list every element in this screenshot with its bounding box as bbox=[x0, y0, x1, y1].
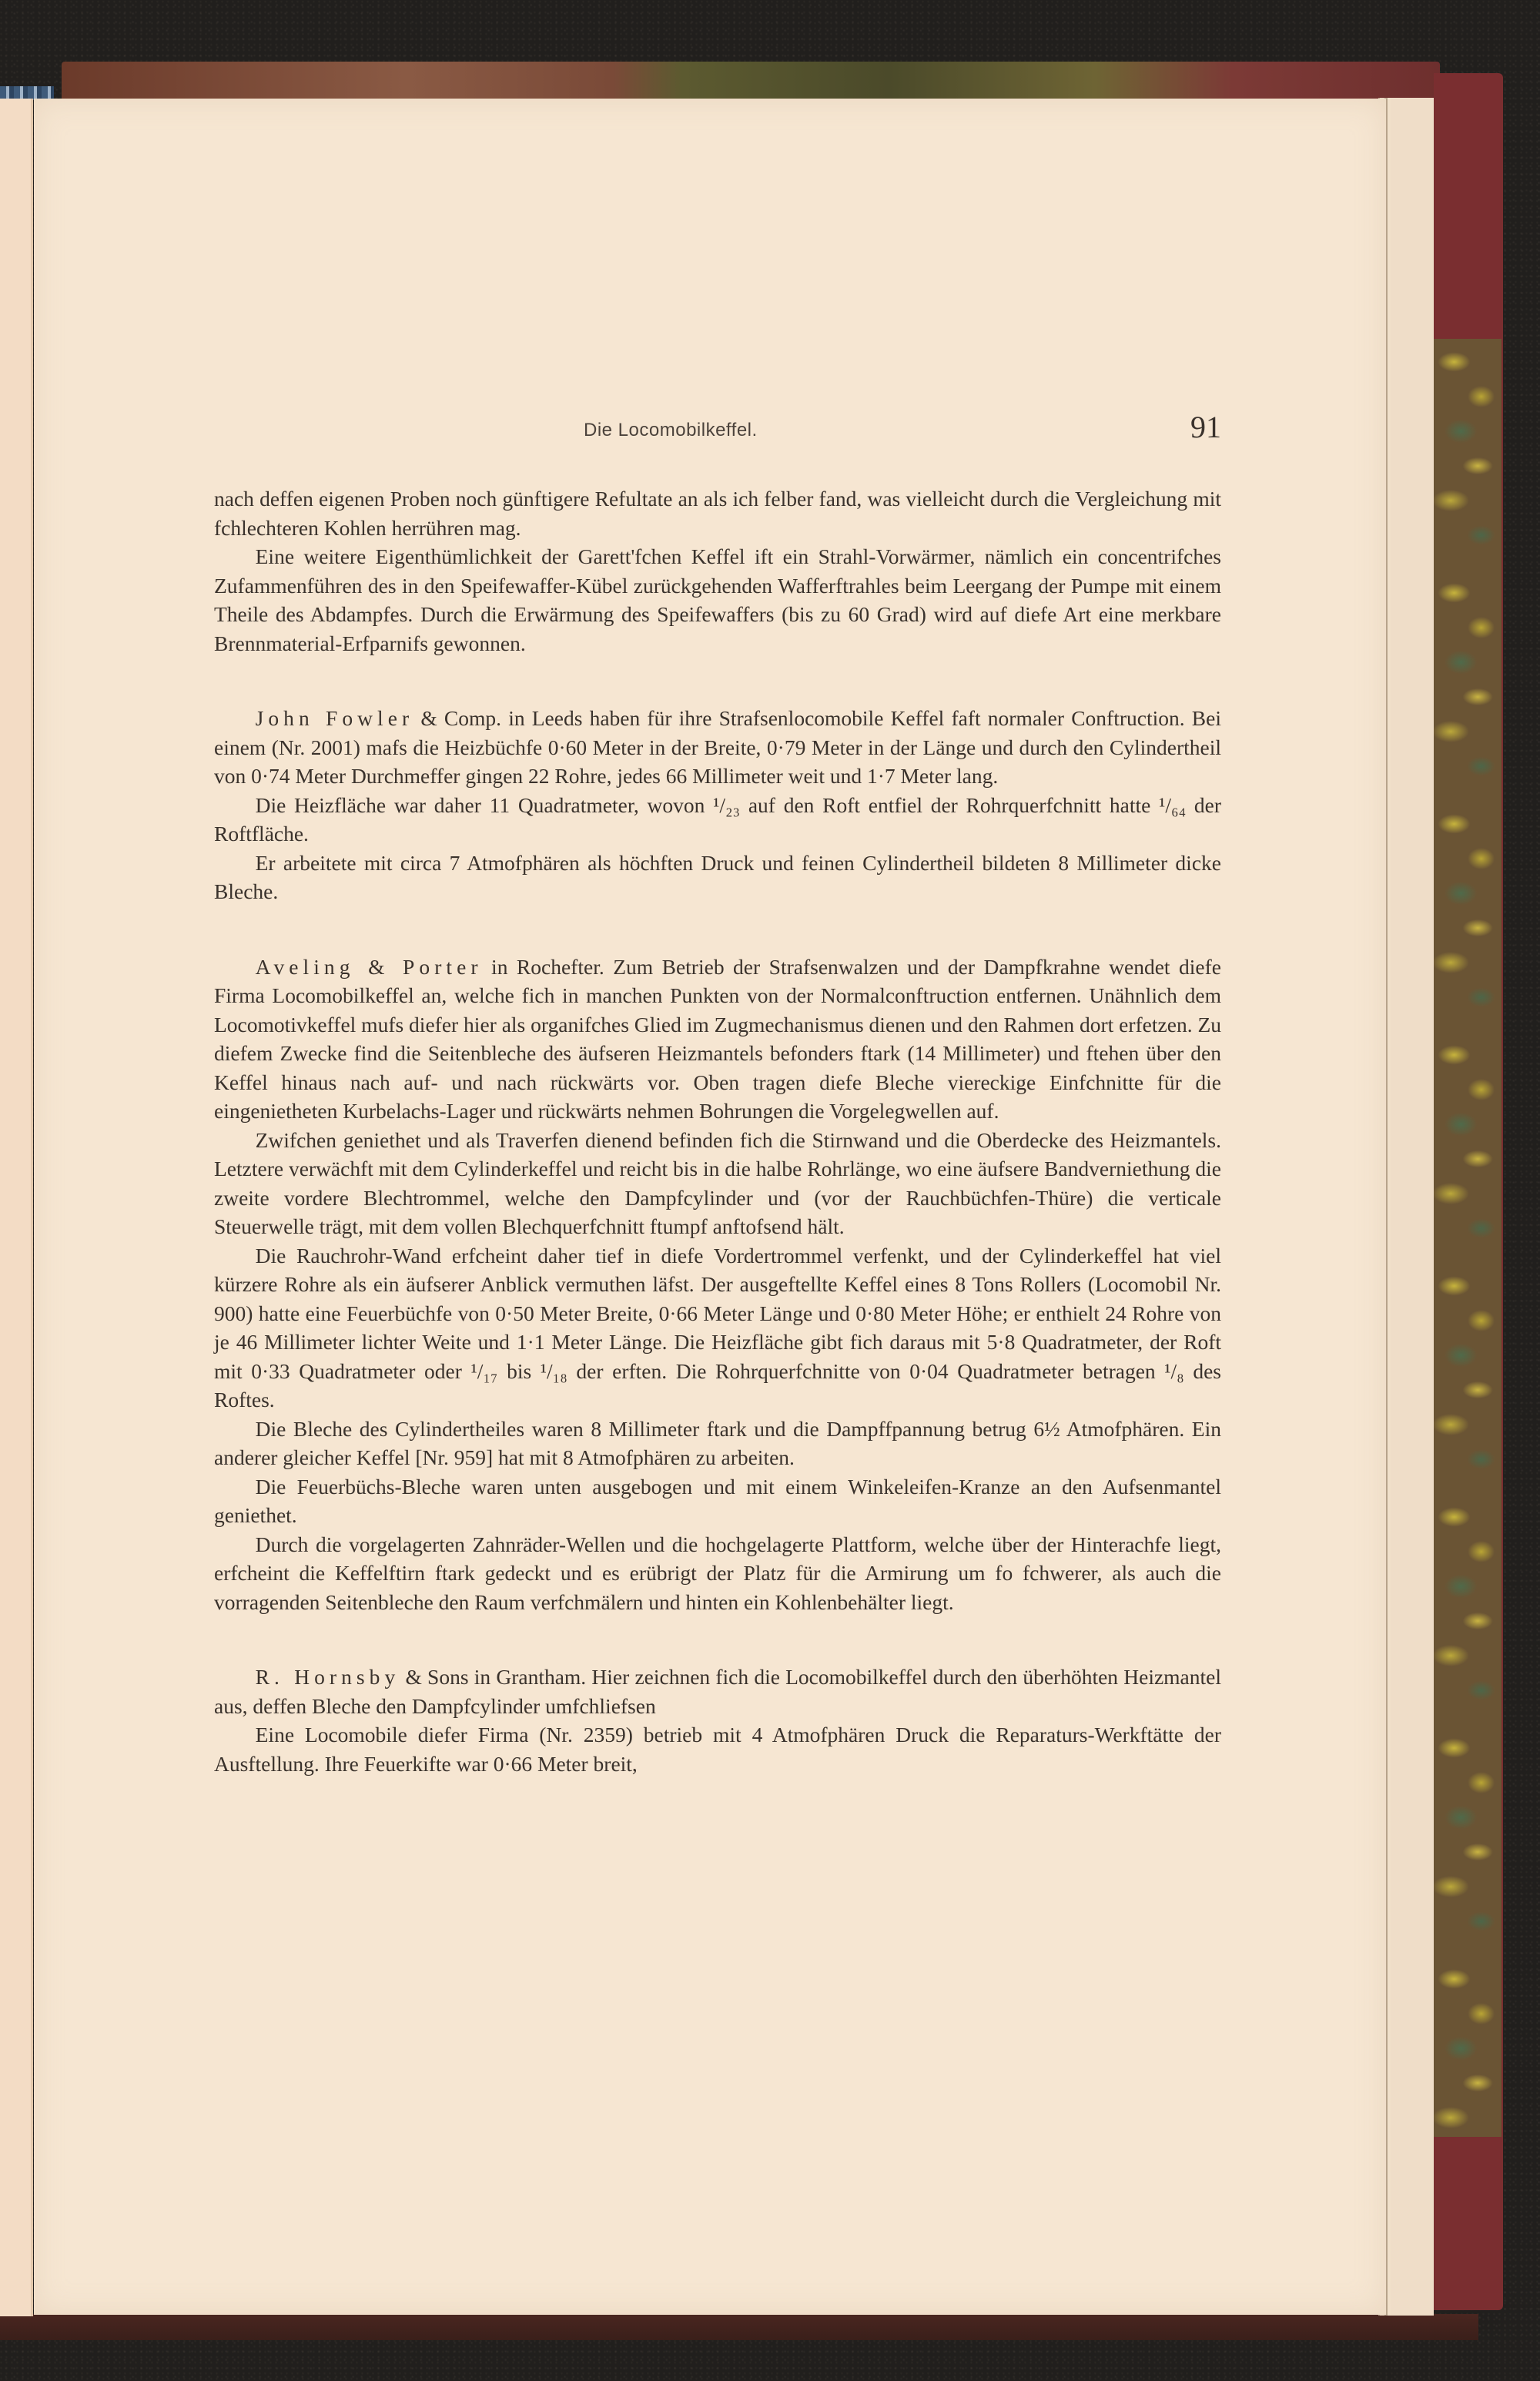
running-head: Die Locomobilkeffel. 91 bbox=[214, 409, 1221, 455]
paragraph: Durch die vorgelagerten Zahnräder-Wellen… bbox=[214, 1530, 1221, 1617]
paragraph-text: Die Rauchrohr-Wand erfcheint daher tief … bbox=[214, 1244, 1221, 1412]
paragraph-text: Die Feuerbüchs-Bleche waren unten ausgeb… bbox=[214, 1475, 1221, 1528]
paragraph: Die Heizfläche war daher 11 Quadratmeter… bbox=[214, 791, 1221, 849]
paragraph-text: in Rochefter. Zum Betrieb der Strafsenwa… bbox=[214, 955, 1221, 1124]
paragraph-text: Die Bleche des Cylindertheiles waren 8 M… bbox=[214, 1417, 1221, 1470]
marbled-cover-panel bbox=[1434, 339, 1501, 2137]
paragraph: Eine weitere Eigenthümlichkeit der Garet… bbox=[214, 542, 1221, 658]
running-title: Die Locomobilkeffel. bbox=[584, 420, 758, 441]
firm-name: Aveling & Porter bbox=[256, 955, 483, 979]
paragraph: Die Bleche des Cylindertheiles waren 8 M… bbox=[214, 1415, 1221, 1472]
paragraph: R. Hornsby & Sons in Grantham. Hier zeic… bbox=[214, 1663, 1221, 1720]
paragraph: Die Rauchrohr-Wand erfcheint daher tief … bbox=[214, 1241, 1221, 1415]
paragraph: Zwifchen geniethet und als Traverfen die… bbox=[214, 1126, 1221, 1241]
book-cover-top-edge bbox=[62, 62, 1440, 99]
page-number: 91 bbox=[1190, 409, 1221, 445]
paragraph-text: nach deffen eigenen Proben noch günftige… bbox=[214, 487, 1221, 540]
paragraph: nach deffen eigenen Proben noch günftige… bbox=[214, 484, 1221, 542]
body-text: nach deffen eigenen Proben noch günftige… bbox=[214, 484, 1221, 1778]
paragraph: John Fowler & Comp. in Leeds haben für i… bbox=[214, 704, 1221, 791]
book-page: Die Locomobilkeffel. 91 nach deffen eige… bbox=[34, 99, 1386, 2315]
paragraph-text: Zwifchen geniethet und als Traverfen die… bbox=[214, 1128, 1221, 1239]
firm-name: R. Hornsby bbox=[256, 1665, 400, 1689]
paragraph: Die Feuerbüchs-Bleche waren unten ausgeb… bbox=[214, 1472, 1221, 1530]
page-stack-edge bbox=[1378, 98, 1434, 2316]
paragraph: Aveling & Porter in Rochefter. Zum Betri… bbox=[214, 953, 1221, 1126]
paragraph-text: Er arbeitete mit circa 7 Atmofphären als… bbox=[214, 851, 1221, 904]
paragraph: Er arbeitete mit circa 7 Atmofphären als… bbox=[214, 849, 1221, 906]
paragraph-text: Die Heizfläche war daher 11 Quadratmeter… bbox=[214, 793, 1221, 846]
paragraph-text: Eine Locomobile diefer Firma (Nr. 2359) … bbox=[214, 1723, 1221, 1776]
paragraph: Eine Locomobile diefer Firma (Nr. 2359) … bbox=[214, 1720, 1221, 1778]
paragraph-text: Durch die vorgelagerten Zahnräder-Wellen… bbox=[214, 1532, 1221, 1614]
facing-page-edge bbox=[0, 99, 33, 2316]
text-block: Die Locomobilkeffel. 91 nach deffen eige… bbox=[214, 409, 1221, 1778]
book-cover-bottom-edge bbox=[0, 2314, 1478, 2340]
paragraph-text: Eine weitere Eigenthümlichkeit der Garet… bbox=[214, 544, 1221, 655]
firm-name: John Fowler bbox=[256, 706, 414, 730]
